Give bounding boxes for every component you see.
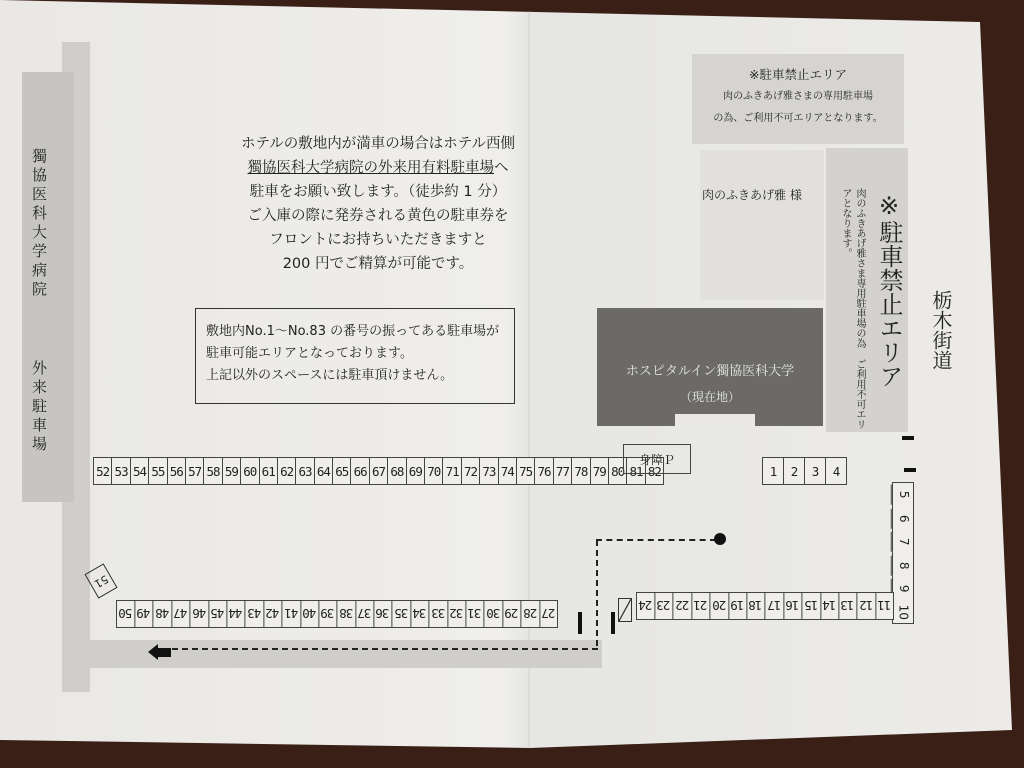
parking-stall-32: 32 [448, 601, 466, 627]
parking-stall-71: 71 [443, 458, 461, 484]
parking-stall-73: 73 [480, 458, 498, 484]
no-parking-text: 肉のふきあげ雅さま専用駐車場の為 [854, 188, 865, 348]
parking-stall-15: 15 [803, 593, 821, 619]
parking-stall-38: 38 [338, 601, 356, 627]
parking-stall-37: 37 [356, 601, 374, 627]
notice-line: 200 円でご精算が可能です。 [232, 252, 524, 276]
parking-stall-7: 7 [891, 532, 915, 552]
current-location-label: （現在地） [597, 388, 823, 405]
parking-stall-76: 76 [535, 458, 553, 484]
parking-stall-55: 55 [149, 458, 167, 484]
rule-line: 敷地内No.1～No.83 の番号の振ってある駐車場が [206, 321, 514, 343]
entrance-marker [902, 436, 914, 440]
no-parking-title: ※駐車禁止エリア [876, 192, 902, 388]
hotel-building-current-location: ホスピタルイン獨協医科大学 （現在地） [597, 308, 823, 426]
parking-stall-68: 68 [388, 458, 406, 484]
parking-stall-28: 28 [522, 601, 540, 627]
parking-stall-59: 59 [223, 458, 241, 484]
parking-stall-70: 70 [425, 458, 443, 484]
rule-line: 上記以外のスペースには駐車頂けません。 [206, 365, 514, 387]
overflow-parking-notice: ホテルの敷地内が満車の場合はホテル西側 獨協医科大学病院の外来用有料駐車場へ 駐… [232, 132, 524, 276]
parking-stall-41: 41 [283, 601, 301, 627]
parking-stall-30: 30 [485, 601, 503, 627]
pen-mark [985, 88, 993, 99]
notice-line: ホテルの敷地内が満車の場合はホテル西側 [232, 132, 524, 156]
parking-stall-3: 3 [805, 458, 826, 484]
parking-stall-46: 46 [191, 601, 209, 627]
handicap-parking-space: 身障Ｐ [623, 444, 691, 474]
stall-number: 51 [92, 572, 111, 590]
notice-line: フロントにお持ちいただきますと [232, 228, 524, 252]
parking-stall-14: 14 [821, 593, 839, 619]
parking-stall-29: 29 [503, 601, 521, 627]
notice-line: 獨協医科大学病院の外来用有料駐車場へ [232, 156, 524, 180]
parking-stall-2: 2 [784, 458, 805, 484]
route-line [596, 540, 598, 646]
neighbor-label: 肉のふきあげ雅 様 [702, 186, 802, 203]
rule-line: 駐車可能エリアとなっております。 [206, 343, 514, 365]
parking-stall-24: 24 [637, 593, 655, 619]
no-parking-zone-top: ※駐車禁止エリア 肉のふきあげ雅さまの専用駐車場 の為、ご利用不可エリアとなりま… [692, 54, 904, 144]
parking-stall-56: 56 [168, 458, 186, 484]
no-parking-text: 肉のふきあげ雅さまの専用駐車場 [692, 86, 904, 108]
parking-stall-11: 11 [876, 593, 893, 619]
parking-stall-22: 22 [674, 593, 692, 619]
no-parking-zone-side: ※駐車禁止エリア 肉のふきあげ雅さま専用駐車場の為 ご利用不可エリアとなります。 [826, 148, 908, 432]
exit-road [62, 640, 602, 668]
parking-stall-40: 40 [301, 601, 319, 627]
parking-stall-19: 19 [729, 593, 747, 619]
parking-stall-79: 79 [591, 458, 609, 484]
parking-stall-52: 52 [94, 458, 112, 484]
parking-stall-33: 33 [430, 601, 448, 627]
parking-stall-16: 16 [784, 593, 802, 619]
parking-stall-43: 43 [246, 601, 264, 627]
stall-row-11-24: 2423222120191817161514131211 [636, 592, 894, 620]
parking-stall-42: 42 [264, 601, 282, 627]
stall-row-52-82: 5253545556575859606162636465666768697071… [93, 457, 664, 485]
parking-stall-9: 9 [891, 579, 915, 599]
parking-stall-21: 21 [692, 593, 710, 619]
parking-stall-57: 57 [186, 458, 204, 484]
barrier-marker [611, 612, 615, 634]
parking-stall-13: 13 [839, 593, 857, 619]
parking-stall-20: 20 [711, 593, 729, 619]
parking-stall-12: 12 [858, 593, 876, 619]
parking-stall-69: 69 [407, 458, 425, 484]
parking-map-sheet: 獨協医科大学病院 外来駐車場 ホテルの敷地内が満車の場合はホテル西側 獨協医科大… [0, 0, 1012, 748]
stall-column-5-10: 5678910 [892, 482, 914, 624]
parking-stall-1: 1 [763, 458, 784, 484]
parking-stall-44: 44 [227, 601, 245, 627]
hospital-lot-link-text: 獨協医科大学病院の外来用有料駐車場 [248, 160, 495, 176]
arrow-left-icon-tail [157, 648, 171, 657]
parking-stall-35: 35 [393, 601, 411, 627]
parking-stall-58: 58 [204, 458, 222, 484]
barrier-marker [578, 612, 582, 634]
parking-stall-39: 39 [319, 601, 337, 627]
no-parking-text: の為、ご利用不可エリアとなります。 [692, 108, 904, 130]
hotel-name: ホスピタルイン獨協医科大学 [597, 360, 823, 379]
hospital-lot-subtitle: 外来駐車場 [30, 360, 48, 455]
parking-stall-8: 8 [891, 555, 915, 575]
parking-stall-23: 23 [655, 593, 673, 619]
parking-stall-54: 54 [131, 458, 149, 484]
route-start-dot [714, 533, 726, 545]
parking-stall-31: 31 [466, 601, 484, 627]
parking-rules-box: 敷地内No.1～No.83 の番号の振ってある駐車場が 駐車可能エリアとなってお… [195, 308, 515, 404]
parking-stall-75: 75 [517, 458, 535, 484]
road-name-label: 栃木街道 [922, 290, 960, 370]
parking-stall-65: 65 [333, 458, 351, 484]
parking-stall-77: 77 [554, 458, 572, 484]
parking-stall-4: 4 [826, 458, 846, 484]
entrance-marker [904, 468, 916, 472]
parking-stall-34: 34 [411, 601, 429, 627]
neighbor-restaurant-lot: 肉のふきあげ雅 様 [700, 150, 824, 300]
parking-stall-63: 63 [296, 458, 314, 484]
parking-stall-6: 6 [891, 508, 915, 528]
building-entrance [675, 414, 755, 426]
parking-stall-17: 17 [766, 593, 784, 619]
parking-stall-61: 61 [260, 458, 278, 484]
no-parking-title: ※駐車禁止エリア [692, 64, 904, 86]
hospital-name: 獨協医科大学病院 [30, 148, 48, 300]
hospital-parking-label: 獨協医科大学病院 外来駐車場 [28, 148, 50, 455]
parking-stall-47: 47 [172, 601, 190, 627]
parking-stall-50: 50 [117, 601, 135, 627]
parking-stall-27: 27 [540, 601, 557, 627]
parking-stall-74: 74 [499, 458, 517, 484]
parking-stall-45: 45 [209, 601, 227, 627]
blocked-stall-marker [618, 598, 632, 622]
parking-stall-18: 18 [747, 593, 765, 619]
stall-row-27-50: 5049484746454443424140393837363534333231… [116, 600, 558, 628]
parking-stall-53: 53 [112, 458, 130, 484]
notice-line: ご入庫の際に発券される黄色の駐車券を [232, 204, 524, 228]
paper-fold [528, 0, 530, 748]
parking-stall-5: 5 [891, 485, 915, 505]
route-line [596, 539, 716, 541]
parking-stall-49: 49 [135, 601, 153, 627]
route-line [172, 648, 598, 650]
notice-line: 駐車をお願い致します。（徒歩約 1 分） [232, 180, 524, 204]
parking-stall-48: 48 [154, 601, 172, 627]
parking-stall-64: 64 [315, 458, 333, 484]
parking-stall-36: 36 [374, 601, 392, 627]
parking-stall-67: 67 [370, 458, 388, 484]
parking-stall-72: 72 [462, 458, 480, 484]
stall-row-1-4: 1234 [762, 457, 847, 485]
parking-stall-10: 10 [892, 602, 915, 622]
notice-suffix: へ [494, 160, 509, 176]
no-parking-side-text: 肉のふきあげ雅さま専用駐車場の為 ご利用不可エリアとなります。 [838, 188, 866, 432]
parking-stall-78: 78 [572, 458, 590, 484]
parking-stall-60: 60 [241, 458, 259, 484]
parking-stall-62: 62 [278, 458, 296, 484]
parking-stall-66: 66 [351, 458, 369, 484]
